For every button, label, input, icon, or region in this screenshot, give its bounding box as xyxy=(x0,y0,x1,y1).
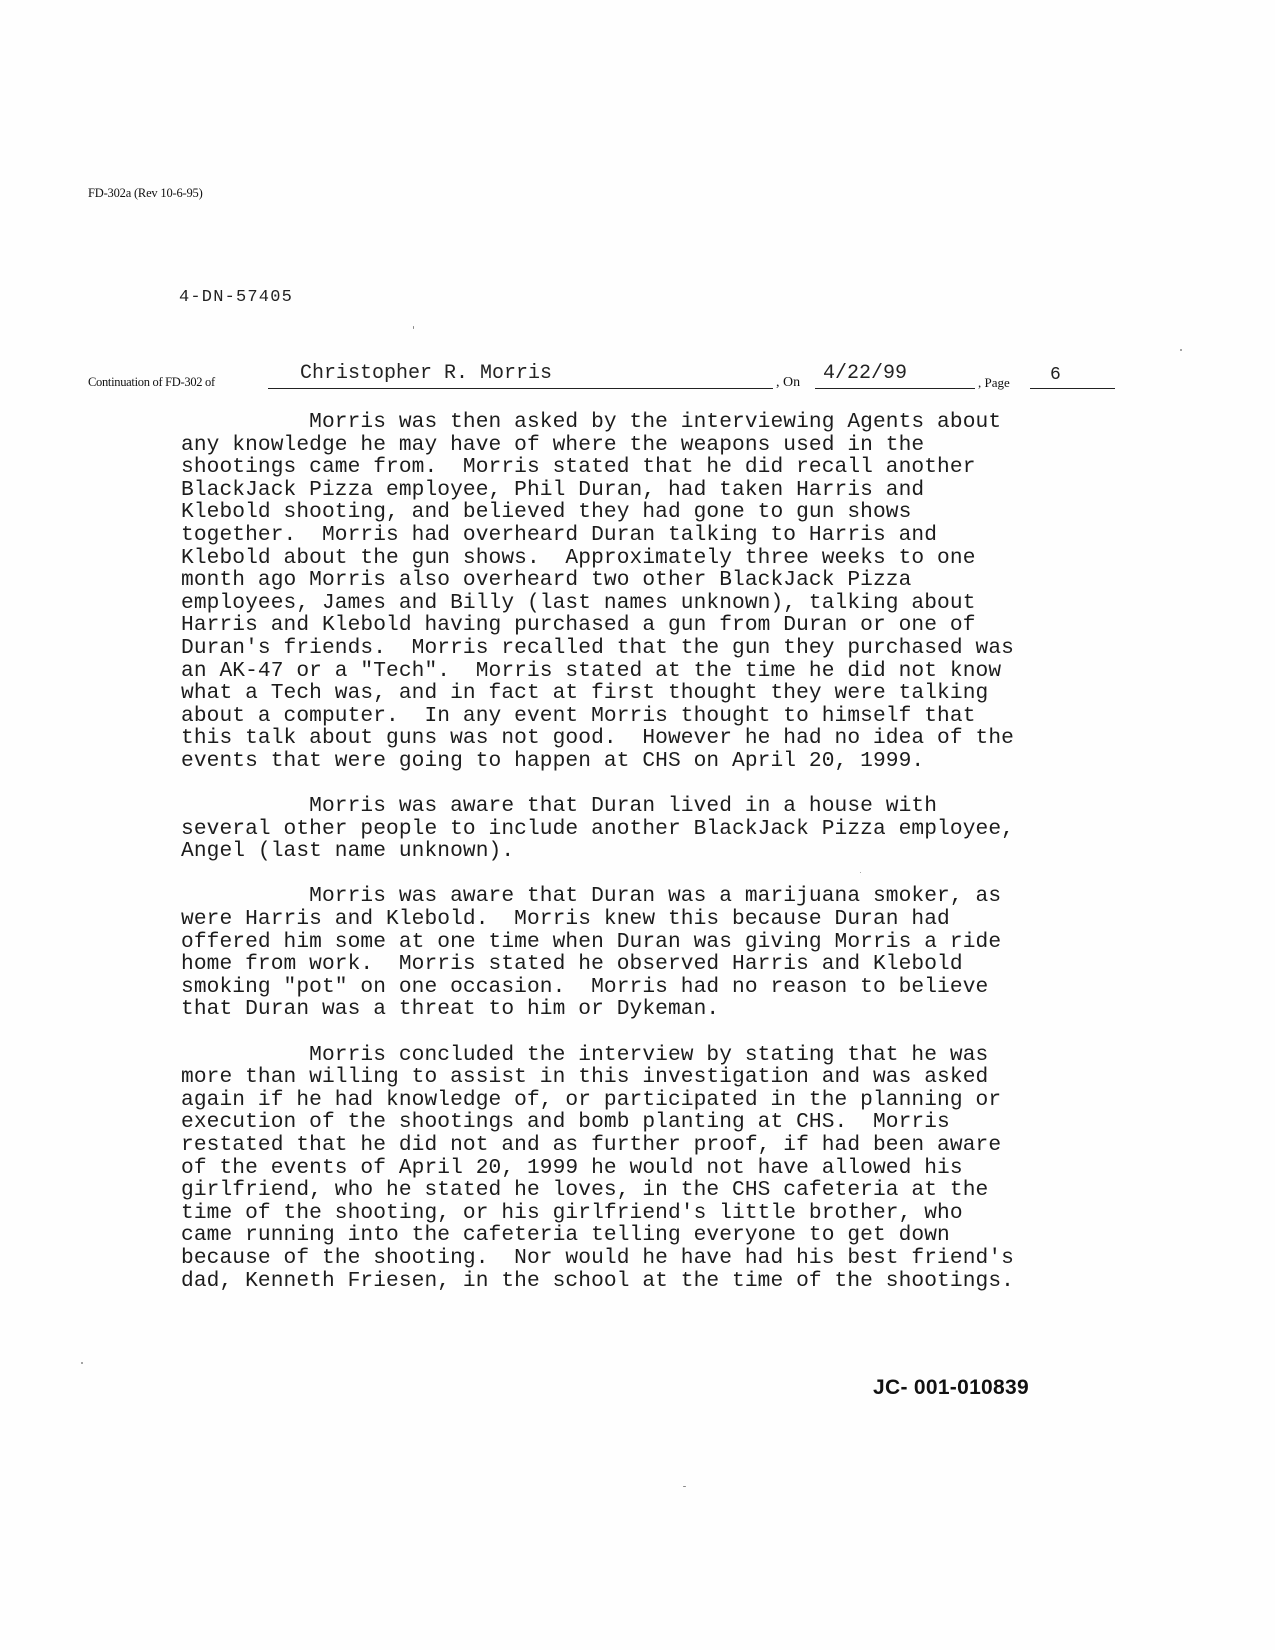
scan-speck xyxy=(413,326,414,329)
body-paragraph: Morris was aware that Duran lived in a h… xyxy=(181,795,1081,863)
scan-speck xyxy=(683,1486,686,1487)
text-line: Klebold shooting, and believed they had … xyxy=(181,501,1081,524)
text-line: that Duran was a threat to him or Dykema… xyxy=(181,998,1081,1021)
text-line: events that were going to happen at CHS … xyxy=(181,750,1081,773)
text-line: came running into the cafeteria telling … xyxy=(181,1224,1081,1247)
text-line: shootings came from. Morris stated that … xyxy=(181,456,1081,479)
text-line: offered him some at one time when Duran … xyxy=(181,931,1081,954)
continuation-label: Continuation of FD-302 of xyxy=(88,375,215,390)
text-line: Morris was then asked by the interviewin… xyxy=(181,411,1081,434)
text-line: smoking "pot" on one occasion. Morris ha… xyxy=(181,976,1081,999)
text-line: Harris and Klebold having purchased a gu… xyxy=(181,614,1081,637)
text-line: Klebold about the gun shows. Approximate… xyxy=(181,547,1081,570)
text-line: several other people to include another … xyxy=(181,818,1081,841)
scan-speck xyxy=(860,872,861,873)
page-number-field: 6 xyxy=(1030,362,1115,389)
text-line: about a computer. In any event Morris th… xyxy=(181,705,1081,728)
text-line: girlfriend, who he stated he loves, in t… xyxy=(181,1179,1081,1202)
text-line: execution of the shootings and bomb plan… xyxy=(181,1111,1081,1134)
text-line: this talk about guns was not good. Howev… xyxy=(181,727,1081,750)
subject-name-field: Christopher R. Morris xyxy=(268,362,773,389)
text-line: dad, Kenneth Friesen, in the school at t… xyxy=(181,1270,1081,1293)
continuation-header: Continuation of FD-302 of Christopher R.… xyxy=(0,362,1275,398)
text-line: restated that he did not and as further … xyxy=(181,1134,1081,1157)
text-line: an AK-47 or a "Tech". Morris stated at t… xyxy=(181,660,1081,683)
interview-body: Morris was then asked by the interviewin… xyxy=(181,411,1081,1315)
text-line: Morris was aware that Duran lived in a h… xyxy=(181,795,1081,818)
text-line: Morris concluded the interview by statin… xyxy=(181,1044,1081,1067)
text-line: employees, James and Billy (last names u… xyxy=(181,592,1081,615)
text-line: together. Morris had overheard Duran tal… xyxy=(181,524,1081,547)
text-line: because of the shooting. Nor would he ha… xyxy=(181,1247,1081,1270)
text-line: Duran's friends. Morris recalled that th… xyxy=(181,637,1081,660)
text-line: what a Tech was, and in fact at first th… xyxy=(181,682,1081,705)
text-line: Angel (last name unknown). xyxy=(181,840,1081,863)
text-line: Morris was aware that Duran was a mariju… xyxy=(181,885,1081,908)
date-label: , On xyxy=(776,375,800,391)
page-number: 6 xyxy=(1050,365,1061,385)
document-page: FD-302a (Rev 10-6-95) 4-DN-57405 Continu… xyxy=(0,0,1275,1650)
text-line: time of the shooting, or his girlfriend'… xyxy=(181,1202,1081,1225)
text-line: month ago Morris also overheard two othe… xyxy=(181,569,1081,592)
scan-speck xyxy=(1180,349,1182,351)
text-line: more than willing to assist in this inve… xyxy=(181,1066,1081,1089)
interview-date: 4/22/99 xyxy=(823,362,907,385)
subject-name: Christopher R. Morris xyxy=(300,362,552,385)
body-paragraph: Morris was aware that Duran was a mariju… xyxy=(181,885,1081,1021)
interview-date-field: 4/22/99 xyxy=(815,362,975,389)
page-label: , Page xyxy=(978,375,1010,391)
text-line: BlackJack Pizza employee, Phil Duran, ha… xyxy=(181,479,1081,502)
text-line: were Harris and Klebold. Morris knew thi… xyxy=(181,908,1081,931)
form-identifier: FD-302a (Rev 10-6-95) xyxy=(88,186,203,201)
text-line: any knowledge he may have of where the w… xyxy=(181,434,1081,457)
bates-number: JC- 001-010839 xyxy=(873,1376,1029,1400)
scan-speck xyxy=(81,1362,83,1364)
file-number: 4-DN-57405 xyxy=(179,288,293,307)
body-paragraph: Morris concluded the interview by statin… xyxy=(181,1044,1081,1293)
text-line: again if he had knowledge of, or partici… xyxy=(181,1089,1081,1112)
text-line: home from work. Morris stated he observe… xyxy=(181,953,1081,976)
body-paragraph: Morris was then asked by the interviewin… xyxy=(181,411,1081,773)
text-line: of the events of April 20, 1999 he would… xyxy=(181,1157,1081,1180)
